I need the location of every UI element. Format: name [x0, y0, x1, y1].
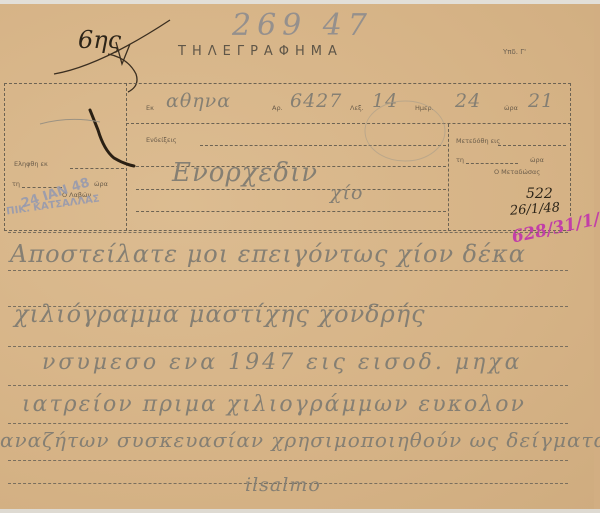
from-value: αθηνα	[166, 90, 231, 112]
scan-border-bottom	[0, 509, 600, 513]
ink-stroke-icon	[30, 100, 140, 200]
transmitter-label: Ο Μεταδώσας	[494, 168, 540, 176]
message-line-5: αναζήτων συσκευασίαν χρησιμοποιηθούν ως …	[0, 428, 600, 452]
hour-value: 21	[528, 90, 554, 112]
message-rule	[8, 346, 568, 347]
message-rule	[8, 423, 568, 424]
ink-flourish-icon	[50, 14, 180, 94]
hour-label: ώρα	[504, 104, 518, 112]
address-line-3	[136, 211, 446, 212]
day-value: 24	[455, 90, 481, 112]
transmitted-label: Μετεδόθη εις	[456, 137, 500, 145]
transmitted-line	[498, 145, 566, 146]
left-day-label: τη	[12, 180, 20, 188]
message-rule	[8, 460, 568, 461]
right-hour-label: ώρα	[530, 156, 544, 164]
right-day-line	[466, 163, 518, 164]
message-line-4: ιατρείον πριμα χιλιογράμμων ευκολον	[22, 392, 526, 417]
form-code: Υπδ. Γ'	[503, 48, 526, 56]
form-title: ΤΗΛΕΓΡΑΦΗΜΑ	[178, 44, 343, 59]
from-label: Εκ	[146, 104, 154, 112]
message-line-3: νσυμεσο ενα 1947 εις εισοδ. μηχα	[42, 350, 522, 375]
ink-ref-number: 522	[526, 186, 553, 202]
message-rule	[8, 232, 568, 233]
message-line-1: Αποστείλατε μοι επειγόντως χίον δέκα	[10, 240, 526, 268]
indications-label: Ενδείξεις	[146, 136, 177, 144]
recipient-name: Ενορχεδιν	[172, 158, 318, 188]
message-signature: ilsalmo	[245, 474, 321, 496]
message-rule	[8, 270, 568, 271]
number-value: 6427	[290, 90, 342, 112]
message-line-2: χιλιόγραμμα μαστίχης χονδρής	[14, 300, 426, 328]
header-row-line	[126, 123, 571, 124]
archive-number: 269 47	[232, 8, 373, 43]
right-day-label: τη	[456, 156, 464, 164]
faint-postmark-icon	[360, 96, 450, 166]
number-label: Αρ.	[272, 104, 283, 112]
message-rule	[8, 385, 568, 386]
recipient-city: χίο	[330, 182, 363, 204]
address-line-2	[136, 189, 446, 190]
